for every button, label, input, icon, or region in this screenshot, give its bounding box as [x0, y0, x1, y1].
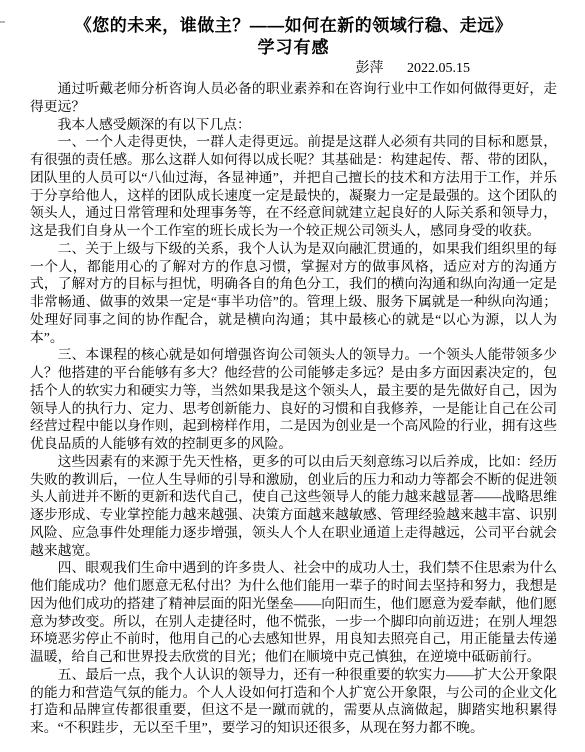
document-subtitle: 学习有感: [30, 37, 557, 58]
paragraph-point-4: 四、眼观我们生命中遇到的许多贵人、社会中的成功人士，我们禁不住思索为什么他们能成…: [30, 559, 557, 666]
paragraph-point-3b: 这些因素有的来源于先天性格，更多的可以由后天刻意练习以后养成，比如：经历失败的教…: [30, 453, 557, 560]
paragraph-point-2: 二、关于上级与下级的关系，我个人认为是双向融汇贯通的，如果我们组织里的每一个人，…: [30, 240, 557, 347]
paragraph-point-5: 五、最后一点，我个人认识的领导力，还有一种很重要的软实力——扩大公开象限的能力和…: [30, 666, 557, 737]
date: 2022.05.15: [407, 61, 470, 76]
edge-artifact: [0, 21, 5, 23]
document-title: 《您的未来，谁做主？——如何在新的领域行稳、走远》: [30, 15, 557, 37]
document-page: 《您的未来，谁做主？——如何在新的领域行稳、走远》 学习有感 彭萍 2022.0…: [0, 0, 585, 752]
document-body: 通过听戴老师分析咨询人员必备的职业素养和在咨询行业中工作如何做得更好，走得更远？…: [30, 80, 557, 737]
byline: 彭萍 2022.05.15: [30, 59, 557, 78]
paragraph-lead: 我本人感受颇深的有以下几点：: [30, 116, 557, 134]
paragraph-intro: 通过听戴老师分析咨询人员必备的职业素养和在咨询行业中工作如何做得更好，走得更远？: [30, 80, 557, 116]
paragraph-point-1: 一、一个人走得更快，一群人走得更远。前提是这群人必须有共同的目标和愿景，有很强的…: [30, 133, 557, 240]
paragraph-point-3: 三、本课程的核心就是如何增强咨询公司领头人的领导力。一个领头人能带领多少人？他搭…: [30, 346, 557, 453]
author-name: 彭萍: [356, 61, 384, 76]
